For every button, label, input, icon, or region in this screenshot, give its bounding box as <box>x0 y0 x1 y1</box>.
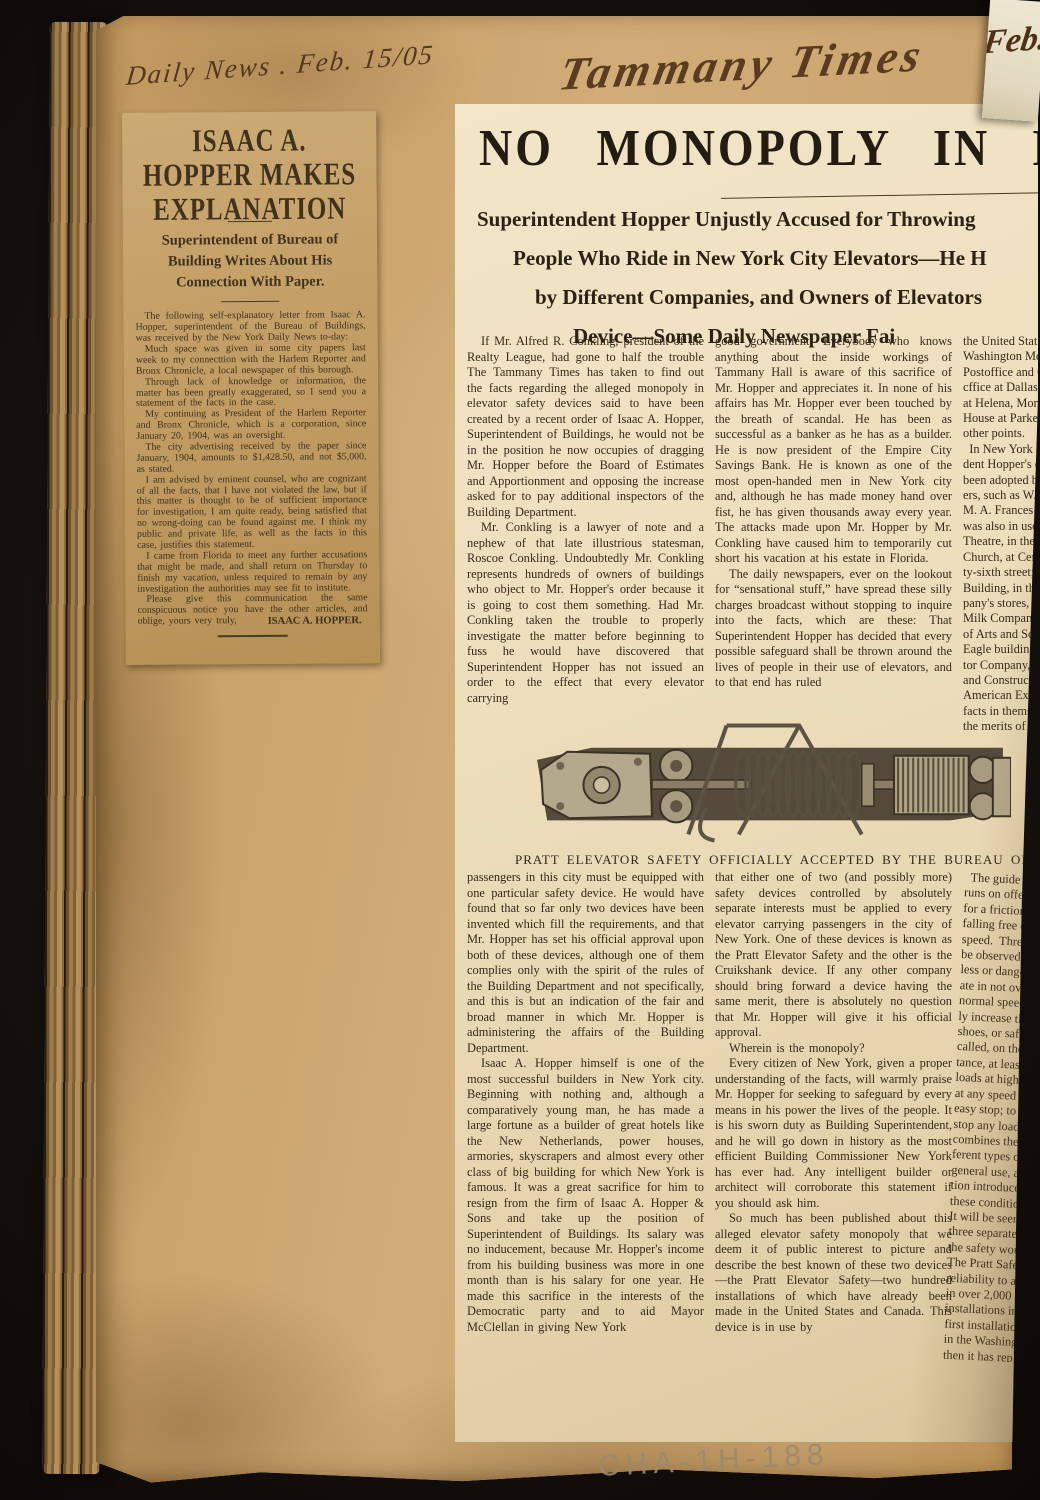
paragraph: Wherein is the monopoly? <box>715 1041 952 1057</box>
article-column-3-truncated: the United Stat Washington Mon Postoffic… <box>963 334 1038 734</box>
main-headline: NO MONOPOLY IN ELEVATOR <box>479 118 1038 177</box>
truncated-lines: The guide rails runs on offer the for a … <box>943 870 1038 1362</box>
paragraph: If Mr. Alfred R. Conkling, president of … <box>467 334 704 520</box>
truncated-lines: the United Stat Washington Mon Postoffic… <box>963 334 1038 734</box>
paragraph: Through lack of knowledge or information… <box>136 376 366 410</box>
deck-headline: Superintendent Hopper Unjustly Accused f… <box>455 200 1038 356</box>
article-columns-bottom: passengers in this city must be equipped… <box>467 870 1038 1362</box>
paragraph: I am advised by eminent counsel, who are… <box>137 474 368 552</box>
paragraph: So much has been published about this al… <box>715 1211 952 1335</box>
article-column-3-truncated: The guide rails runs on offer the for a … <box>943 870 1038 1362</box>
deck-line: People Who Ride in New York City Elevato… <box>513 239 1038 278</box>
paragraph: passengers in this city must be equipped… <box>467 870 704 1056</box>
illustration-caption: PRATT ELEVATOR SAFETY OFFICIALLY ACCEPTE… <box>515 852 1038 868</box>
paragraph: My continuing as President of the Harlem… <box>136 408 366 442</box>
article-column-1: passengers in this city must be equipped… <box>467 870 704 1362</box>
deck-line: Superintendent Hopper Unjustly Accused f… <box>477 200 1038 239</box>
paragraph: Mr. Conkling is a lawyer of note and a n… <box>467 520 704 706</box>
article-column-2: good government. Everybody who knows any… <box>715 334 952 734</box>
left-clipping: ISAAC A. HOPPER MAKES EXPLANATION Superi… <box>122 111 380 665</box>
article-column-2: that either one of two (and possibly mor… <box>715 870 952 1362</box>
pratt-elevator-safety-illustration <box>529 712 1011 852</box>
deck-line: by Different Companies, and Owners of El… <box>535 278 1038 317</box>
paragraph: Every citizen of New York, given a prope… <box>715 1056 952 1211</box>
left-clipping-subhead: Superintendent of Bureau of Building Wri… <box>135 229 365 294</box>
paragraph: Much space was given in some city papers… <box>136 343 366 377</box>
divider-rule <box>221 301 279 302</box>
left-clipping-headline: ISAAC A. HOPPER MAKES EXPLANATION <box>139 123 361 227</box>
article-column-1: If Mr. Alfred R. Conkling, president of … <box>467 334 704 734</box>
divider-rule <box>218 635 288 637</box>
paragraph: The following self-explanatory letter fr… <box>135 310 365 344</box>
divider-rule <box>721 192 1038 199</box>
paragraph: Isaac A. Hopper himself is one of the mo… <box>467 1056 704 1335</box>
paragraph: good government. Everybody who knows any… <box>715 334 952 567</box>
paragraph: that either one of two (and possibly mor… <box>715 870 952 1041</box>
paragraph: I came from Florida to meet any further … <box>137 550 367 595</box>
annotation-feb: Feb. <box>982 20 1040 63</box>
scrapbook-photo: Daily News . Feb. 15/05 Tammany Times IS… <box>0 0 1040 1500</box>
article-columns-top: If Mr. Alfred R. Conkling, president of … <box>467 334 1038 734</box>
paragraph: The city advertising received by the pap… <box>136 441 366 475</box>
main-clipping: NO MONOPOLY IN ELEVATOR Superintendent H… <box>455 104 1038 1442</box>
adjacent-page-corner: Feb. <box>982 0 1040 122</box>
paragraph: The daily newspapers, ever on the lookou… <box>715 567 952 691</box>
